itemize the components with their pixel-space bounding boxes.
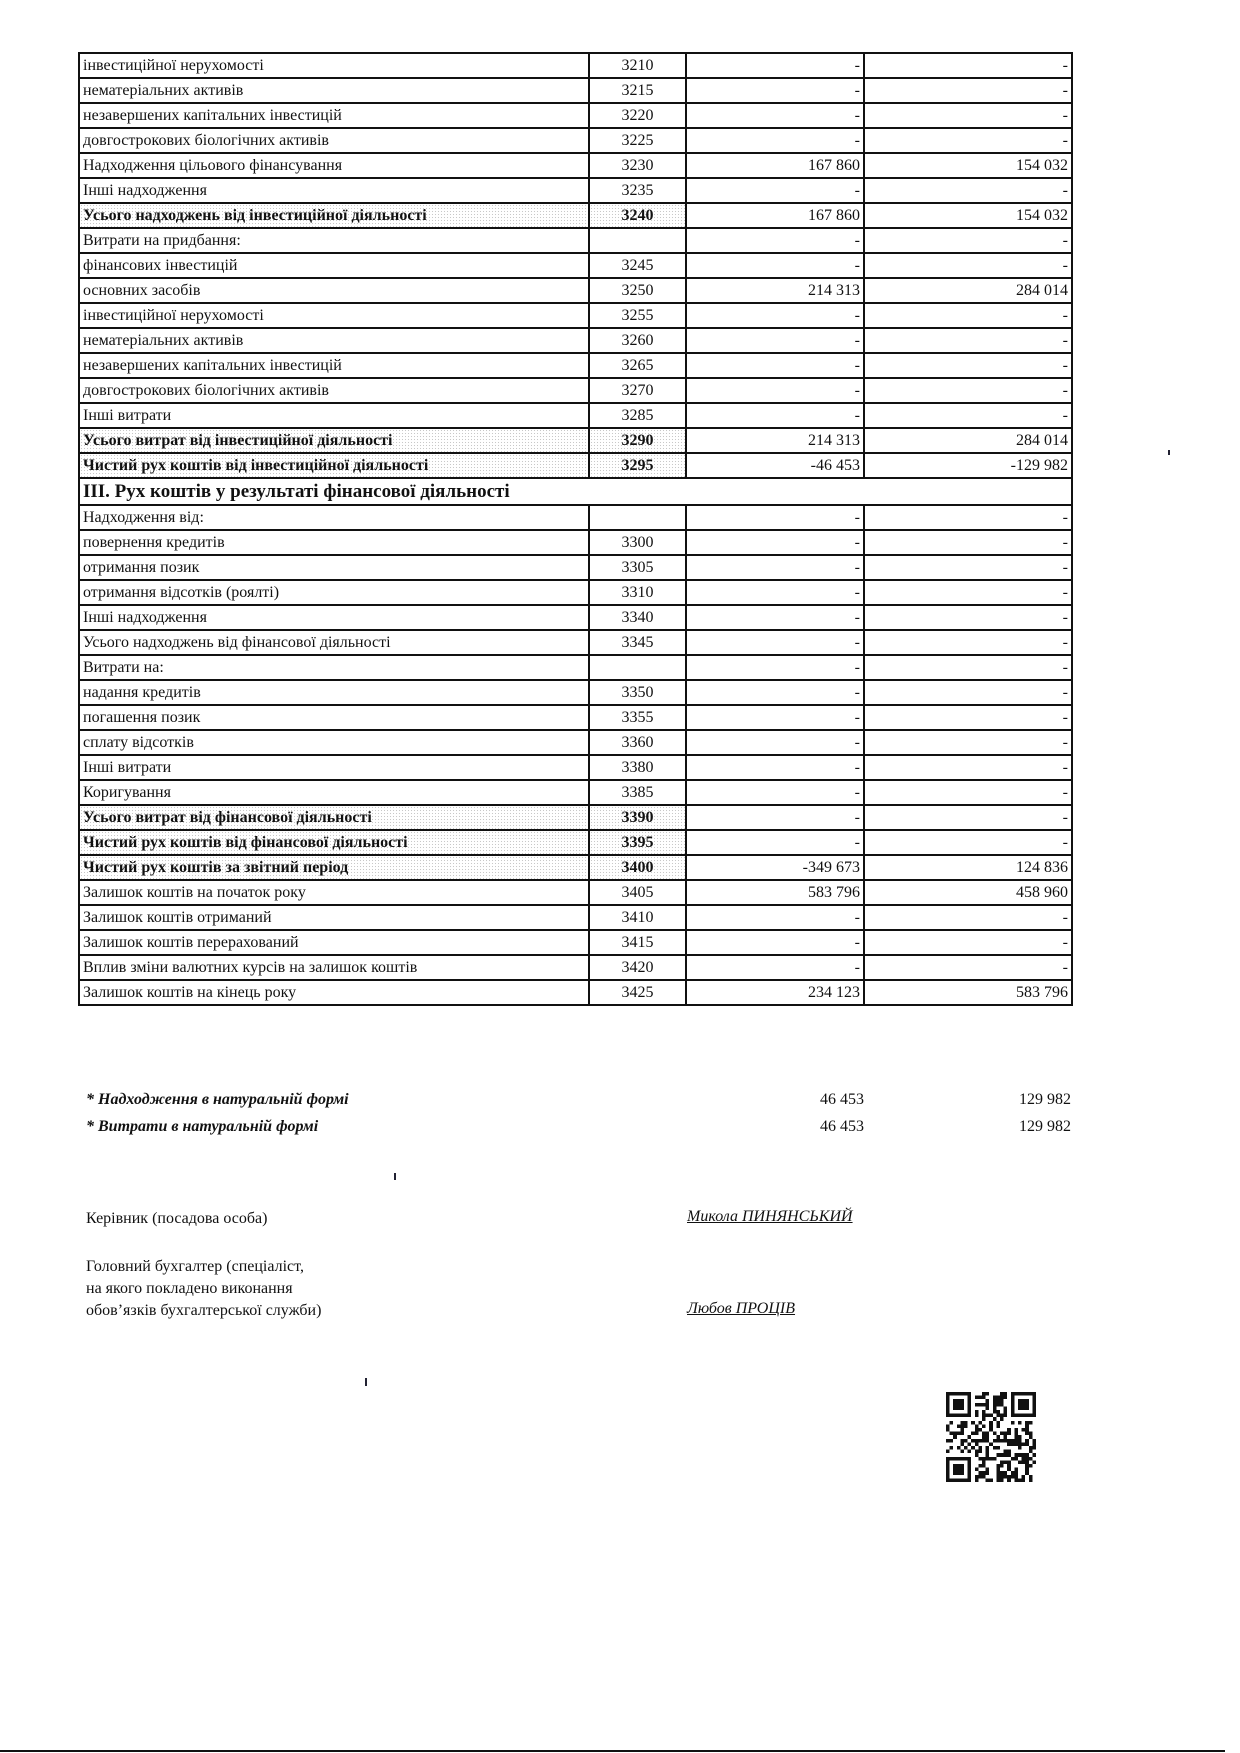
table-row: Усього надходжень від фінансової діяльно… xyxy=(79,630,1072,655)
value-previous-period: - xyxy=(864,505,1072,530)
row-code xyxy=(589,655,686,680)
row-label: Інші витрати xyxy=(79,755,589,780)
value-current-period: 234 123 xyxy=(686,980,864,1005)
qr-code-icon xyxy=(946,1392,1036,1482)
table-row: Залишок коштів отриманий3410-- xyxy=(79,905,1072,930)
value-previous-period: - xyxy=(864,830,1072,855)
table-row: інвестиційної нерухомості3255-- xyxy=(79,303,1072,328)
value-previous-period: - xyxy=(864,303,1072,328)
value-current-period: -349 673 xyxy=(686,855,864,880)
value-previous-period: - xyxy=(864,555,1072,580)
value-current-period: - xyxy=(686,78,864,103)
accountant-title-line: на якого покладено виконання xyxy=(86,1278,321,1300)
value-current-period: - xyxy=(686,830,864,855)
row-label: Вплив зміни валютних курсів на залишок к… xyxy=(79,955,589,980)
row-code: 3390 xyxy=(589,805,686,830)
row-code: 3295 xyxy=(589,453,686,478)
row-code: 3400 xyxy=(589,855,686,880)
row-label: Інші надходження xyxy=(79,178,589,203)
table-row: Надходження цільового фінансування323016… xyxy=(79,153,1072,178)
value-current-period: - xyxy=(686,755,864,780)
row-code: 3350 xyxy=(589,680,686,705)
value-previous-period: - xyxy=(864,530,1072,555)
table-row: Залишок коштів перерахований3415-- xyxy=(79,930,1072,955)
row-code: 3410 xyxy=(589,905,686,930)
value-previous-period: - xyxy=(864,655,1072,680)
row-code: 3385 xyxy=(589,780,686,805)
scan-mark xyxy=(365,1378,367,1386)
row-label: Усього надходжень від інвестиційної діял… xyxy=(79,203,589,228)
value-previous-period: 284 014 xyxy=(864,278,1072,303)
row-code xyxy=(589,505,686,530)
row-code: 3255 xyxy=(589,303,686,328)
table-row: Чистий рух коштів від інвестиційної діял… xyxy=(79,453,1072,478)
table-row: отримання позик3305-- xyxy=(79,555,1072,580)
table-row: Залишок коштів на початок року3405583 79… xyxy=(79,880,1072,905)
value-current-period: 167 860 xyxy=(686,203,864,228)
section-title: III. Рух коштів у результаті фінансової … xyxy=(79,478,1072,505)
row-code: 3300 xyxy=(589,530,686,555)
row-label: довгострокових біологічних активів xyxy=(79,378,589,403)
value-current-period: - xyxy=(686,103,864,128)
value-previous-period: - xyxy=(864,103,1072,128)
row-label: Залишок коштів на кінець року xyxy=(79,980,589,1005)
note-value-current: 46 453 xyxy=(686,1086,864,1113)
table-row: Інші витрати3380-- xyxy=(79,755,1072,780)
row-code: 3240 xyxy=(589,203,686,228)
table-row: отримання відсотків (роялті)3310-- xyxy=(79,580,1072,605)
row-code: 3355 xyxy=(589,705,686,730)
row-code: 3250 xyxy=(589,278,686,303)
table-row: Усього витрат від інвестиційної діяльнос… xyxy=(79,428,1072,453)
row-label: Чистий рух коштів від фінансової діяльно… xyxy=(79,830,589,855)
value-current-period: - xyxy=(686,303,864,328)
table-row: нематеріальних активів3260-- xyxy=(79,328,1072,353)
document-page: інвестиційної нерухомості3210--нематеріа… xyxy=(0,0,1240,1753)
row-label: отримання позик xyxy=(79,555,589,580)
table-row: Усього витрат від фінансової діяльності3… xyxy=(79,805,1072,830)
section-header-row: III. Рух коштів у результаті фінансової … xyxy=(79,478,1072,505)
value-previous-period: - xyxy=(864,780,1072,805)
value-previous-period: -129 982 xyxy=(864,453,1072,478)
accountant-name: Любов ПРОЦІВ xyxy=(687,1300,795,1318)
value-current-period: - xyxy=(686,955,864,980)
row-label: незавершених капітальних інвестицій xyxy=(79,103,589,128)
value-previous-period: - xyxy=(864,755,1072,780)
note-row: * Витрати в натуральній формі 46 453 129… xyxy=(86,1113,1071,1140)
row-label: Надходження цільового фінансування xyxy=(79,153,589,178)
row-code: 3220 xyxy=(589,103,686,128)
cash-flow-table-body: інвестиційної нерухомості3210--нематеріа… xyxy=(79,53,1072,1005)
table-row: незавершених капітальних інвестицій3220-… xyxy=(79,103,1072,128)
value-current-period: - xyxy=(686,905,864,930)
value-current-period: 214 313 xyxy=(686,428,864,453)
row-code: 3235 xyxy=(589,178,686,203)
table-row: незавершених капітальних інвестицій3265-… xyxy=(79,353,1072,378)
row-code: 3305 xyxy=(589,555,686,580)
row-label: повернення кредитів xyxy=(79,530,589,555)
value-current-period: - xyxy=(686,580,864,605)
table-row: довгострокових біологічних активів3270-- xyxy=(79,378,1072,403)
row-code: 3210 xyxy=(589,53,686,78)
table-row: повернення кредитів3300-- xyxy=(79,530,1072,555)
value-previous-period: - xyxy=(864,353,1072,378)
row-label: погашення позик xyxy=(79,705,589,730)
table-row: Надходження від:-- xyxy=(79,505,1072,530)
table-row: Залишок коштів на кінець року3425234 123… xyxy=(79,980,1072,1005)
table-row: інвестиційної нерухомості3210-- xyxy=(79,53,1072,78)
value-previous-period: - xyxy=(864,53,1072,78)
value-current-period: - xyxy=(686,780,864,805)
value-previous-period: 458 960 xyxy=(864,880,1072,905)
scan-mark xyxy=(1168,450,1170,455)
row-code: 3265 xyxy=(589,353,686,378)
row-label: Залишок коштів на початок року xyxy=(79,880,589,905)
row-label: Чистий рух коштів за звітний період xyxy=(79,855,589,880)
value-current-period: - xyxy=(686,530,864,555)
value-previous-period: - xyxy=(864,328,1072,353)
value-current-period: - xyxy=(686,228,864,253)
row-label: інвестиційної нерухомості xyxy=(79,303,589,328)
note-row: * Надходження в натуральній формі 46 453… xyxy=(86,1086,1071,1113)
row-code: 3425 xyxy=(589,980,686,1005)
row-label: отримання відсотків (роялті) xyxy=(79,580,589,605)
table-row: фінансових інвестицій3245-- xyxy=(79,253,1072,278)
value-current-period: - xyxy=(686,655,864,680)
row-code: 3245 xyxy=(589,253,686,278)
in-kind-notes: * Надходження в натуральній формі 46 453… xyxy=(86,1086,1071,1140)
director-title: Керівник (посадова особа) xyxy=(86,1208,267,1230)
accountant-title-line: обов’язків бухгалтерської служби) xyxy=(86,1300,321,1322)
row-label: інвестиційної нерухомості xyxy=(79,53,589,78)
row-label: Інші надходження xyxy=(79,605,589,630)
value-current-period: 167 860 xyxy=(686,153,864,178)
table-row: Інші надходження3340-- xyxy=(79,605,1072,630)
row-code: 3285 xyxy=(589,403,686,428)
value-current-period: - xyxy=(686,555,864,580)
table-row: надання кредитів3350-- xyxy=(79,680,1072,705)
row-label: основних засобів xyxy=(79,278,589,303)
row-code: 3230 xyxy=(589,153,686,178)
cash-flow-table: інвестиційної нерухомості3210--нематеріа… xyxy=(78,52,1073,1006)
row-label: довгострокових біологічних активів xyxy=(79,128,589,153)
value-current-period: - xyxy=(686,178,864,203)
row-code: 3225 xyxy=(589,128,686,153)
page-bottom-rule xyxy=(0,1750,1225,1752)
accountant-title-line: Головний бухгалтер (спеціаліст, xyxy=(86,1256,321,1278)
table-row: нематеріальних активів3215-- xyxy=(79,78,1072,103)
value-previous-period: - xyxy=(864,253,1072,278)
table-row: Чистий рух коштів від фінансової діяльно… xyxy=(79,830,1072,855)
note-value-current: 46 453 xyxy=(686,1113,864,1140)
value-current-period: - xyxy=(686,605,864,630)
row-code: 3215 xyxy=(589,78,686,103)
value-current-period: 583 796 xyxy=(686,880,864,905)
value-previous-period: - xyxy=(864,730,1072,755)
table-row: Інші надходження3235-- xyxy=(79,178,1072,203)
value-previous-period: - xyxy=(864,680,1072,705)
value-current-period: - xyxy=(686,680,864,705)
row-code: 3395 xyxy=(589,830,686,855)
row-label: Коригування xyxy=(79,780,589,805)
value-current-period: - xyxy=(686,505,864,530)
table-row: Витрати на придбання:-- xyxy=(79,228,1072,253)
row-label: Витрати на придбання: xyxy=(79,228,589,253)
value-previous-period: - xyxy=(864,128,1072,153)
table-row: Інші витрати3285-- xyxy=(79,403,1072,428)
row-label: незавершених капітальних інвестицій xyxy=(79,353,589,378)
value-current-period: - xyxy=(686,353,864,378)
value-current-period: - xyxy=(686,53,864,78)
value-current-period: - xyxy=(686,730,864,755)
value-previous-period: - xyxy=(864,78,1072,103)
value-current-period: 214 313 xyxy=(686,278,864,303)
row-label: Залишок коштів отриманий xyxy=(79,905,589,930)
value-current-period: - xyxy=(686,328,864,353)
row-code: 3360 xyxy=(589,730,686,755)
value-previous-period: 583 796 xyxy=(864,980,1072,1005)
value-previous-period: - xyxy=(864,228,1072,253)
note-label: * Надходження в натуральній формі xyxy=(86,1086,686,1113)
value-current-period: - xyxy=(686,705,864,730)
value-previous-period: 154 032 xyxy=(864,203,1072,228)
director-name: Микола ПИНЯНСЬКИЙ xyxy=(687,1208,853,1226)
row-label: Усього витрат від фінансової діяльності xyxy=(79,805,589,830)
table-row: сплату відсотків3360-- xyxy=(79,730,1072,755)
row-label: Усього витрат від інвестиційної діяльнос… xyxy=(79,428,589,453)
row-label: Надходження від: xyxy=(79,505,589,530)
row-label: Усього надходжень від фінансової діяльно… xyxy=(79,630,589,655)
table-row: довгострокових біологічних активів3225-- xyxy=(79,128,1072,153)
row-code: 3290 xyxy=(589,428,686,453)
row-code: 3345 xyxy=(589,630,686,655)
accountant-title: Головний бухгалтер (спеціаліст, на якого… xyxy=(86,1256,321,1322)
row-label: Залишок коштів перерахований xyxy=(79,930,589,955)
row-code: 3270 xyxy=(589,378,686,403)
scan-mark xyxy=(394,1173,396,1180)
row-code: 3405 xyxy=(589,880,686,905)
row-label: Витрати на: xyxy=(79,655,589,680)
row-code: 3340 xyxy=(589,605,686,630)
row-code: 3415 xyxy=(589,930,686,955)
table-row: Витрати на:-- xyxy=(79,655,1072,680)
value-previous-period: - xyxy=(864,955,1072,980)
table-row: Вплив зміни валютних курсів на залишок к… xyxy=(79,955,1072,980)
value-previous-period: - xyxy=(864,930,1072,955)
row-label: фінансових інвестицій xyxy=(79,253,589,278)
value-previous-period: - xyxy=(864,378,1072,403)
row-label: нематеріальних активів xyxy=(79,78,589,103)
value-current-period: - xyxy=(686,630,864,655)
row-label: надання кредитів xyxy=(79,680,589,705)
value-current-period: - xyxy=(686,403,864,428)
table-row: основних засобів3250214 313284 014 xyxy=(79,278,1072,303)
value-previous-period: - xyxy=(864,403,1072,428)
value-current-period: - xyxy=(686,930,864,955)
row-label: Чистий рух коштів від інвестиційної діял… xyxy=(79,453,589,478)
value-current-period: - xyxy=(686,805,864,830)
note-value-previous: 129 982 xyxy=(864,1086,1071,1113)
value-previous-period: - xyxy=(864,705,1072,730)
table-row: Усього надходжень від інвестиційної діял… xyxy=(79,203,1072,228)
row-label: сплату відсотків xyxy=(79,730,589,755)
value-previous-period: - xyxy=(864,580,1072,605)
value-current-period: - xyxy=(686,378,864,403)
row-code: 3260 xyxy=(589,328,686,353)
value-previous-period: - xyxy=(864,630,1072,655)
row-label: нематеріальних активів xyxy=(79,328,589,353)
value-previous-period: 154 032 xyxy=(864,153,1072,178)
value-previous-period: - xyxy=(864,605,1072,630)
value-previous-period: - xyxy=(864,905,1072,930)
row-code: 3380 xyxy=(589,755,686,780)
row-code: 3420 xyxy=(589,955,686,980)
value-previous-period: 284 014 xyxy=(864,428,1072,453)
note-value-previous: 129 982 xyxy=(864,1113,1071,1140)
note-label: * Витрати в натуральній формі xyxy=(86,1113,686,1140)
row-code xyxy=(589,228,686,253)
value-current-period: -46 453 xyxy=(686,453,864,478)
table-row: Чистий рух коштів за звітний період3400-… xyxy=(79,855,1072,880)
table-row: погашення позик3355-- xyxy=(79,705,1072,730)
table-row: Коригування3385-- xyxy=(79,780,1072,805)
row-label: Інші витрати xyxy=(79,403,589,428)
value-current-period: - xyxy=(686,253,864,278)
value-current-period: - xyxy=(686,128,864,153)
row-code: 3310 xyxy=(589,580,686,605)
value-previous-period: - xyxy=(864,805,1072,830)
value-previous-period: - xyxy=(864,178,1072,203)
value-previous-period: 124 836 xyxy=(864,855,1072,880)
